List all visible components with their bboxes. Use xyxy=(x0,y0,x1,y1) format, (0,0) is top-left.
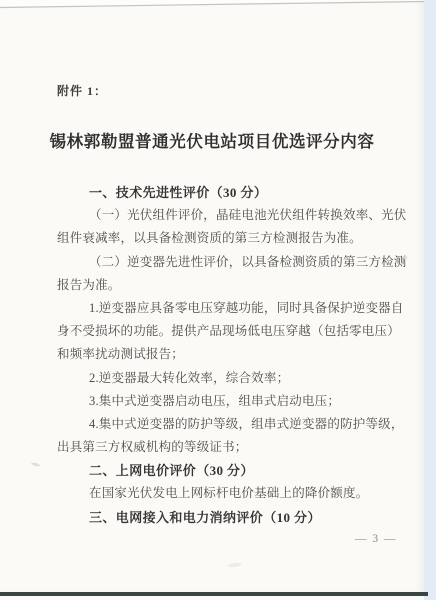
document-page: 附件 1： 锡林郭勒盟普通光伏电站项目优选评分内容 一、技术先进性评价（30 分… xyxy=(0,0,424,593)
body-line: 报告为准。 xyxy=(57,274,402,297)
body-line: 3.集中式逆变器启动电压，组串式启动电压； xyxy=(57,390,402,413)
section-heading: 一、技术先进性评价（30 分） xyxy=(57,181,402,204)
body-line: 和频率扰动测试报告； xyxy=(57,343,402,366)
scan-speck xyxy=(402,256,408,259)
document-body: 一、技术先进性评价（30 分）（一）光伏组件评价，晶硅电池光伏组件转换效率、光伏… xyxy=(57,181,402,529)
body-line: 2.逆变器最大转化效率，综合效率； xyxy=(57,367,402,390)
scan-background: 附件 1： 锡林郭勒盟普通光伏电站项目优选评分内容 一、技术先进性评价（30 分… xyxy=(0,0,436,600)
scan-edge-top xyxy=(0,0,424,12)
section-heading: 三、电网接入和电力消纳评价（10 分） xyxy=(57,506,402,529)
scan-speck xyxy=(31,462,40,467)
page-number: — 3 — xyxy=(355,533,397,545)
body-line: 1.逆变器应具备零电压穿越功能，同时具备保护逆变器自 xyxy=(57,297,402,320)
body-line: 身不受损坏的功能。提供产品现场低电压穿越（包括零电压） xyxy=(57,320,402,343)
section-heading: 二、上网电价评价（30 分） xyxy=(57,459,402,482)
body-line: （一）光伏组件评价，晶硅电池光伏组件转换效率、光伏 xyxy=(57,204,402,227)
document-title: 锡林郭勒盟普通光伏电站项目优选评分内容 xyxy=(8,128,416,152)
body-line: 出具第三方权威机构的等级证书； xyxy=(57,436,402,459)
body-line: 组件衰减率，以具备检测资质的第三方检测报告为准。 xyxy=(57,227,402,250)
page-bottom-margin xyxy=(0,596,424,600)
body-line: （二）逆变器先进性评价，以具备检测资质的第三方检测 xyxy=(57,251,402,274)
body-line: 4.集中式逆变器的防护等级，组串式逆变器的防护等级， xyxy=(57,413,402,436)
scan-speck xyxy=(228,562,242,567)
body-line: 在国家光伏发电上网标杆电价基础上的降价额度。 xyxy=(57,482,402,505)
attachment-label: 附件 1： xyxy=(57,82,107,99)
